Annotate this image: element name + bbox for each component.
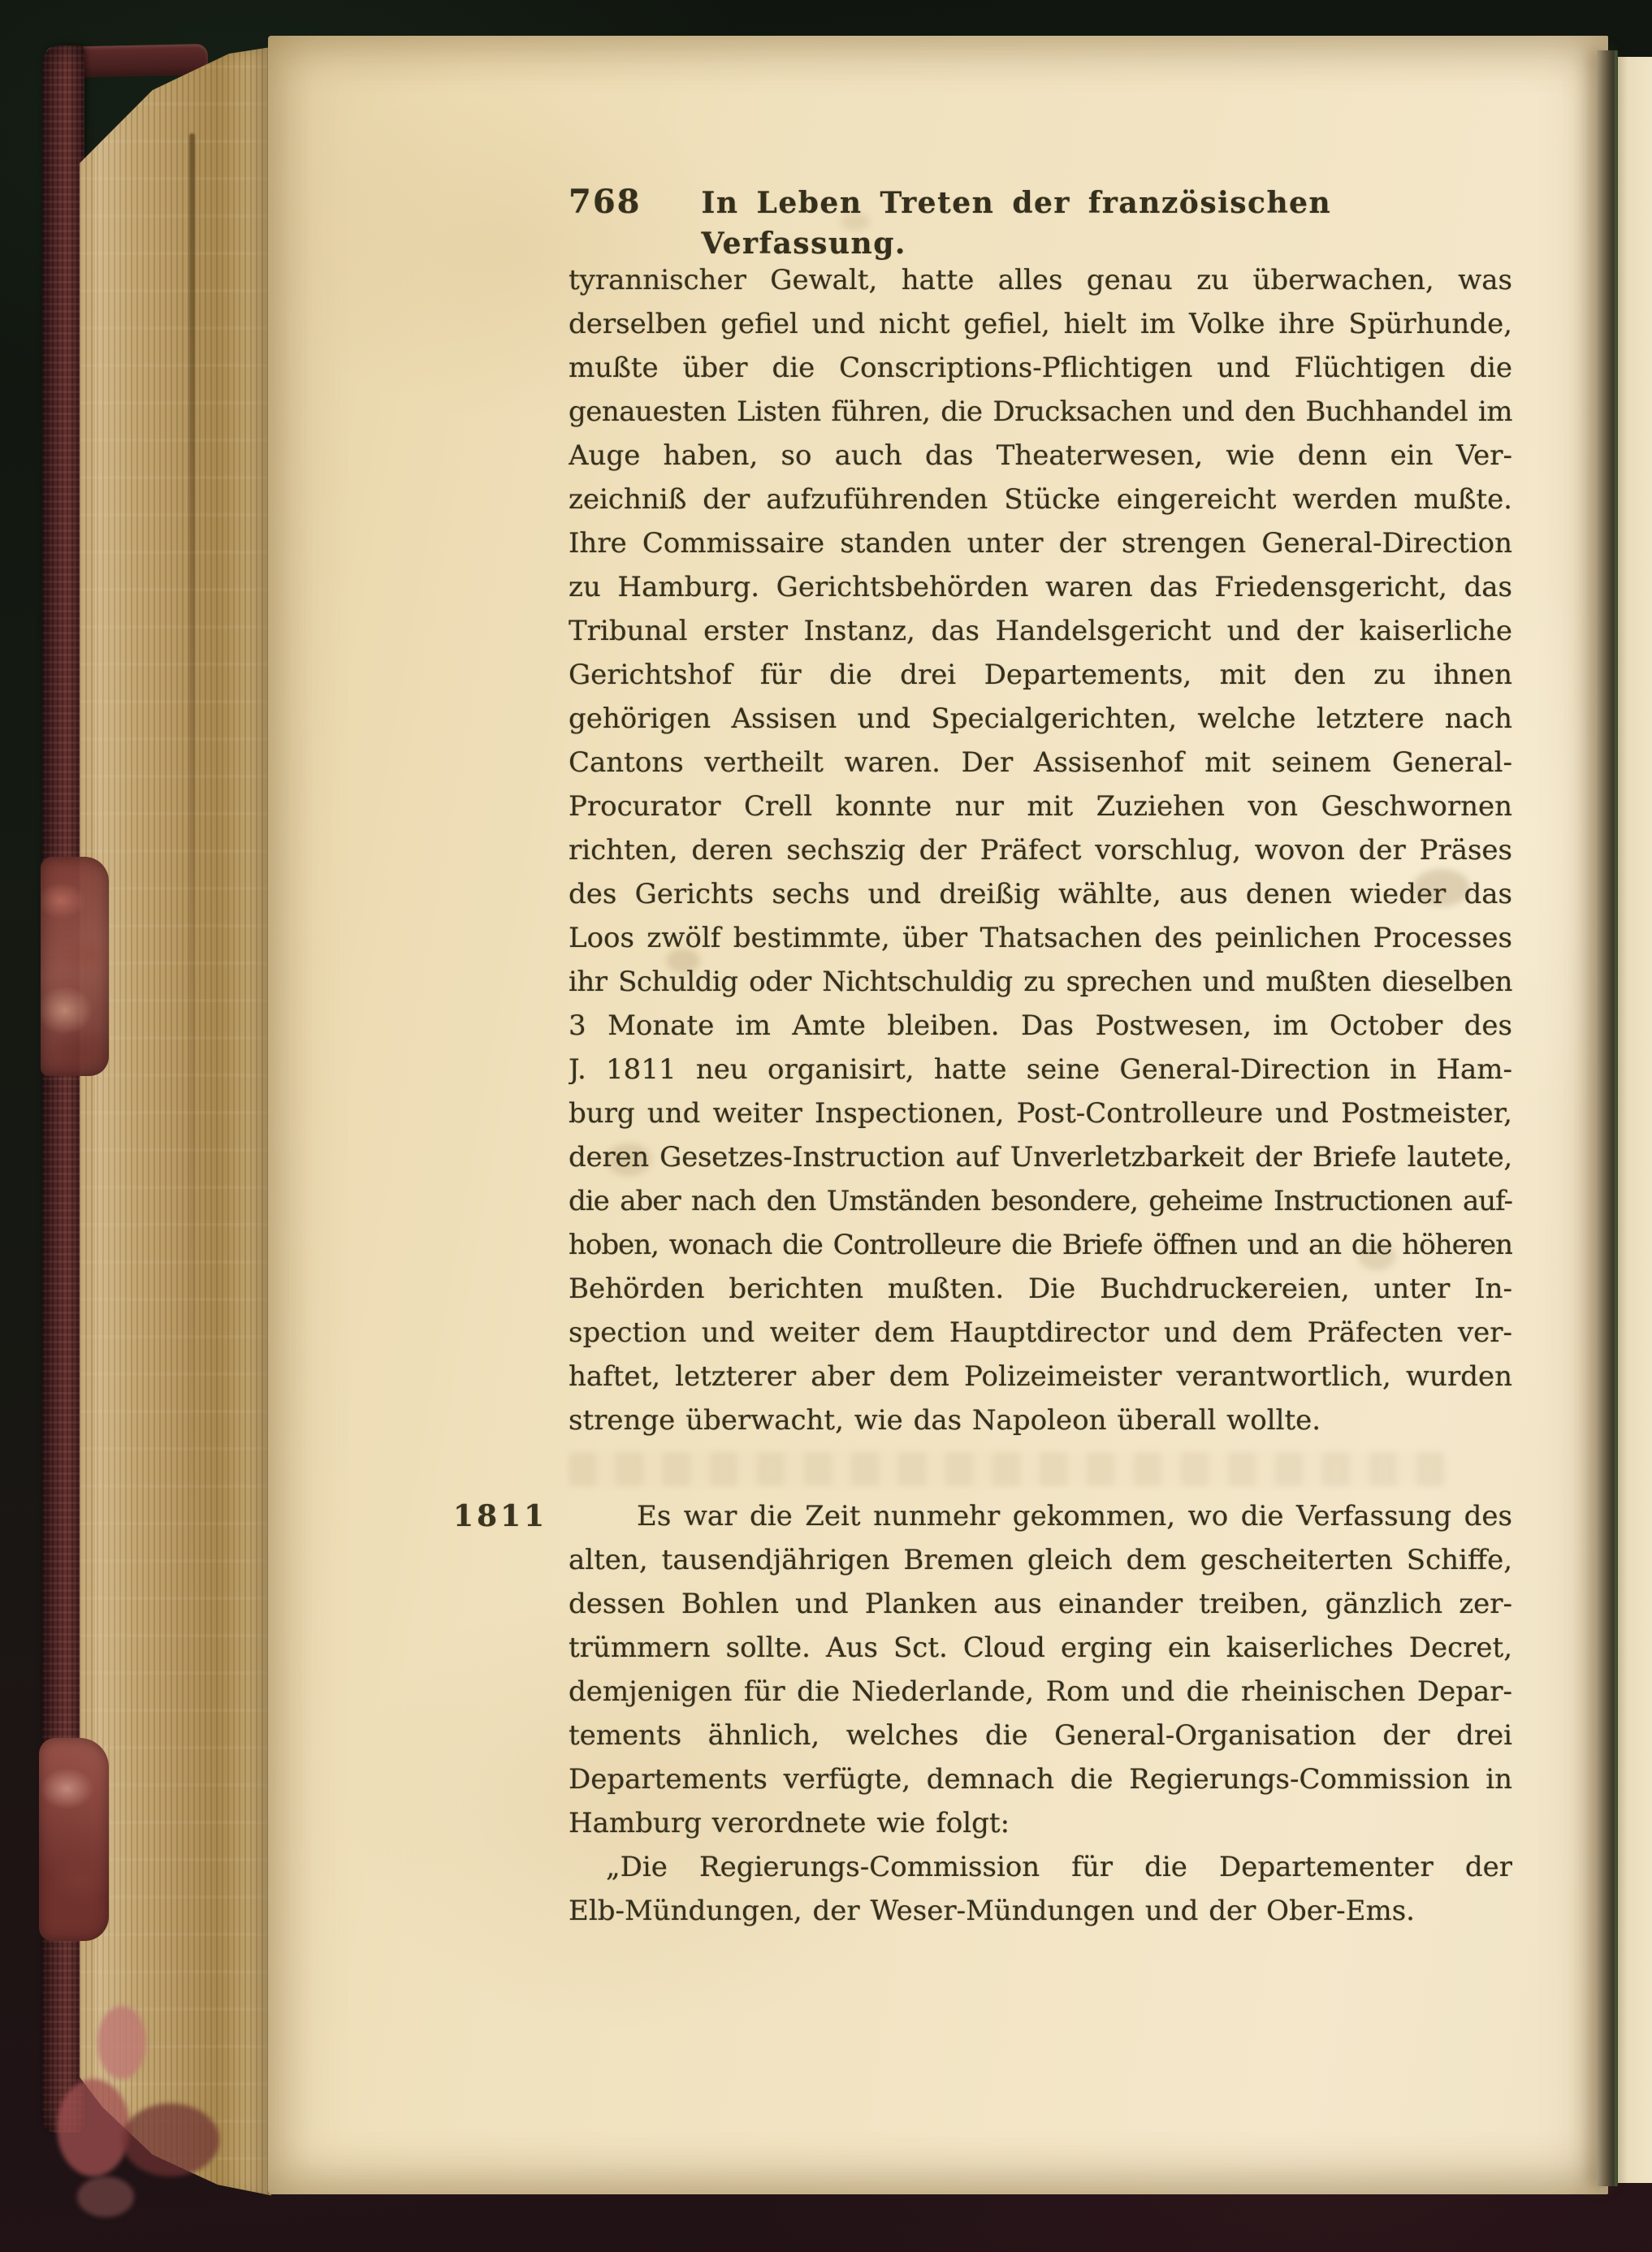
text-line: des Gerichts sechs und dreißig wählte, a… bbox=[569, 872, 1512, 916]
text-line: „Die Regierungs-Commission für die Depar… bbox=[569, 1845, 1512, 1889]
margin-year-note: 1811 bbox=[453, 1499, 547, 1533]
text-line: Es war die Zeit nunmehr gekommen, wo die… bbox=[569, 1494, 1512, 1538]
text-line: Gerichtshof für die drei Departements, m… bbox=[569, 653, 1512, 697]
text-line: Cantons vertheilt waren. Der Assisenhof … bbox=[569, 741, 1512, 785]
text-line: genauesten Listen führen, die Drucksache… bbox=[569, 390, 1512, 434]
text-line: deren Gesetzes-Instruction auf Unverletz… bbox=[569, 1135, 1512, 1179]
marbled-paper-patch bbox=[41, 857, 109, 1076]
fore-edge-crack bbox=[189, 133, 195, 1596]
headband-fray bbox=[57, 2079, 130, 2176]
text-line: ihr Schuldig oder Nichtschuldig zu sprec… bbox=[569, 960, 1512, 1004]
running-head: 768 In Leben Treten der französischen Ve… bbox=[569, 182, 1512, 223]
page-number: 768 bbox=[569, 182, 642, 223]
paragraph-1: tyrannischer Gewalt, hatte alles genau z… bbox=[569, 258, 1512, 1442]
text-line: burg und weiter Inspectionen, Post-Contr… bbox=[569, 1091, 1512, 1135]
text-line: trümmern sollte. Aus Sct. Cloud erging e… bbox=[569, 1626, 1512, 1670]
text-line: gehörigen Assisen und Specialgerichten, … bbox=[569, 697, 1512, 741]
paragraph-2: Es war die Zeit nunmehr gekommen, wo die… bbox=[569, 1494, 1512, 1933]
text-line: tements ähnlich, welches die General-Org… bbox=[569, 1714, 1512, 1757]
text-line: zeichniß der aufzuführenden Stücke einge… bbox=[569, 478, 1512, 521]
text-line: 3 Monate im Amte bleiben. Das Postwesen,… bbox=[569, 1004, 1512, 1048]
headband-fray bbox=[97, 2006, 146, 2079]
facing-page-edge bbox=[1618, 57, 1652, 2183]
headband-fray bbox=[77, 2176, 134, 2217]
text-line: Auge haben, so auch das Theaterwesen, wi… bbox=[569, 434, 1512, 478]
text-line: Behörden berichten mußten. Die Buchdruck… bbox=[569, 1267, 1512, 1311]
text-line: strenge überwacht, wie das Napoleon über… bbox=[569, 1398, 1512, 1442]
gutter-groove bbox=[1597, 50, 1618, 2186]
text-line: tyrannischer Gewalt, hatte alles genau z… bbox=[569, 258, 1512, 302]
text-line: J. 1811 neu organisirt, hatte seine Gene… bbox=[569, 1048, 1512, 1091]
text-line: mußte über die Conscriptions-Pflichtigen… bbox=[569, 346, 1512, 390]
text-line: alten, tausendjährigen Bremen gleich dem… bbox=[569, 1538, 1512, 1582]
book-scan: { "palette": { "background": "#151a13", … bbox=[0, 0, 1652, 2252]
text-line: Ihre Commissaire standen unter der stren… bbox=[569, 521, 1512, 565]
text-line: Departements verfügte, demnach die Regie… bbox=[569, 1757, 1512, 1801]
text-line: Hamburg verordnete wie folgt: bbox=[569, 1801, 1512, 1845]
headband-fray bbox=[122, 2103, 219, 2176]
worn-leather-patch bbox=[39, 1738, 109, 1941]
page-text: 768 In Leben Treten der französischen Ve… bbox=[569, 182, 1512, 1933]
text-line: zu Hamburg. Gerichtsbehörden waren das F… bbox=[569, 565, 1512, 609]
text-line: Tribunal erster Instanz, das Handelsgeri… bbox=[569, 609, 1512, 653]
text-line: dessen Bohlen und Planken aus einander t… bbox=[569, 1582, 1512, 1626]
running-head-title: In Leben Treten der französischen Verfas… bbox=[702, 183, 1513, 264]
text-line: Elb-Mündungen, der Weser-Mündungen und d… bbox=[569, 1889, 1512, 1933]
text-line: demjenigen für die Niederlande, Rom und … bbox=[569, 1670, 1512, 1714]
text-line: die aber nach den Umständen besondere, g… bbox=[569, 1179, 1512, 1223]
text-line: hoben, wonach die Controlleure die Brief… bbox=[569, 1223, 1512, 1267]
text-line: haftet, letzterer aber dem Polizeimeiste… bbox=[569, 1355, 1512, 1398]
text-line: richten, deren sechszig der Präfect vors… bbox=[569, 828, 1512, 872]
text-line: derselben gefiel und nicht gefiel, hielt… bbox=[569, 302, 1512, 346]
text-line: spection und weiter dem Hauptdirector un… bbox=[569, 1311, 1512, 1355]
text-line: Procurator Crell konnte nur mit Zuziehen… bbox=[569, 785, 1512, 828]
text-line: Loos zwölf bestimmte, über Thatsachen de… bbox=[569, 916, 1512, 960]
